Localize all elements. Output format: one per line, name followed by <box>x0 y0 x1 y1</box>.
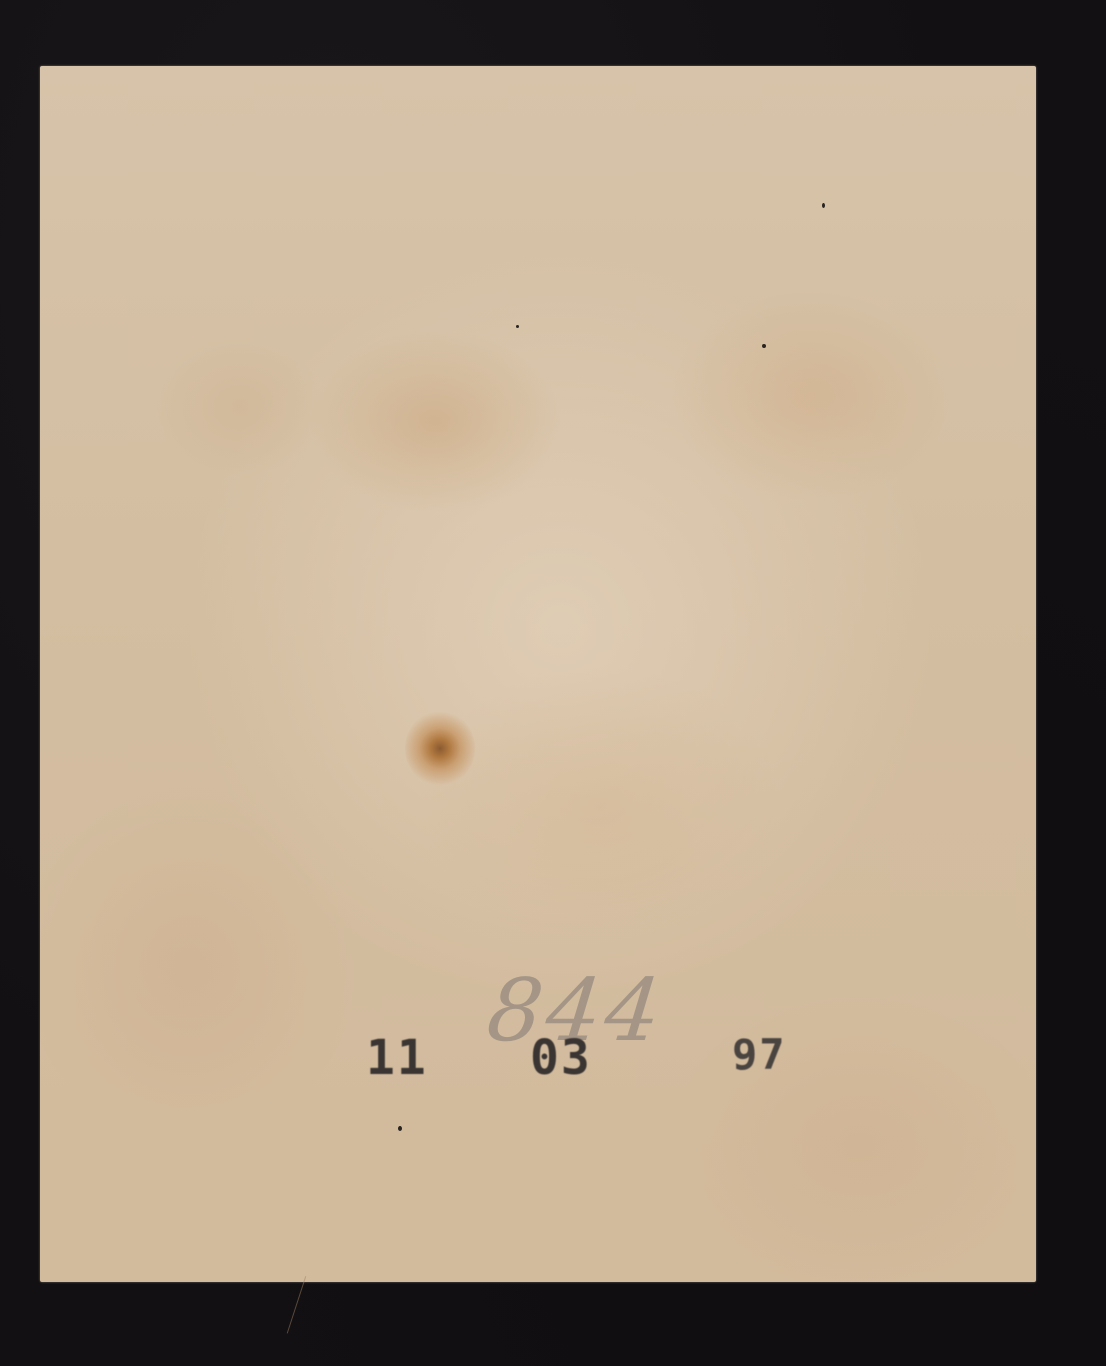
ink-speck <box>762 344 766 348</box>
stamped-number-year: 97 <box>732 1030 787 1079</box>
foxing-stain-spot <box>405 711 475 786</box>
ink-speck <box>516 325 519 328</box>
handwritten-pencil-number: 844 <box>482 956 714 1066</box>
stamped-number-day: 11 <box>366 1030 428 1086</box>
ink-speck <box>822 203 825 208</box>
aged-paper-sheet: 844 <box>40 66 1036 1282</box>
stamped-number-month: 03 <box>530 1030 592 1086</box>
ink-speck <box>398 1126 402 1131</box>
